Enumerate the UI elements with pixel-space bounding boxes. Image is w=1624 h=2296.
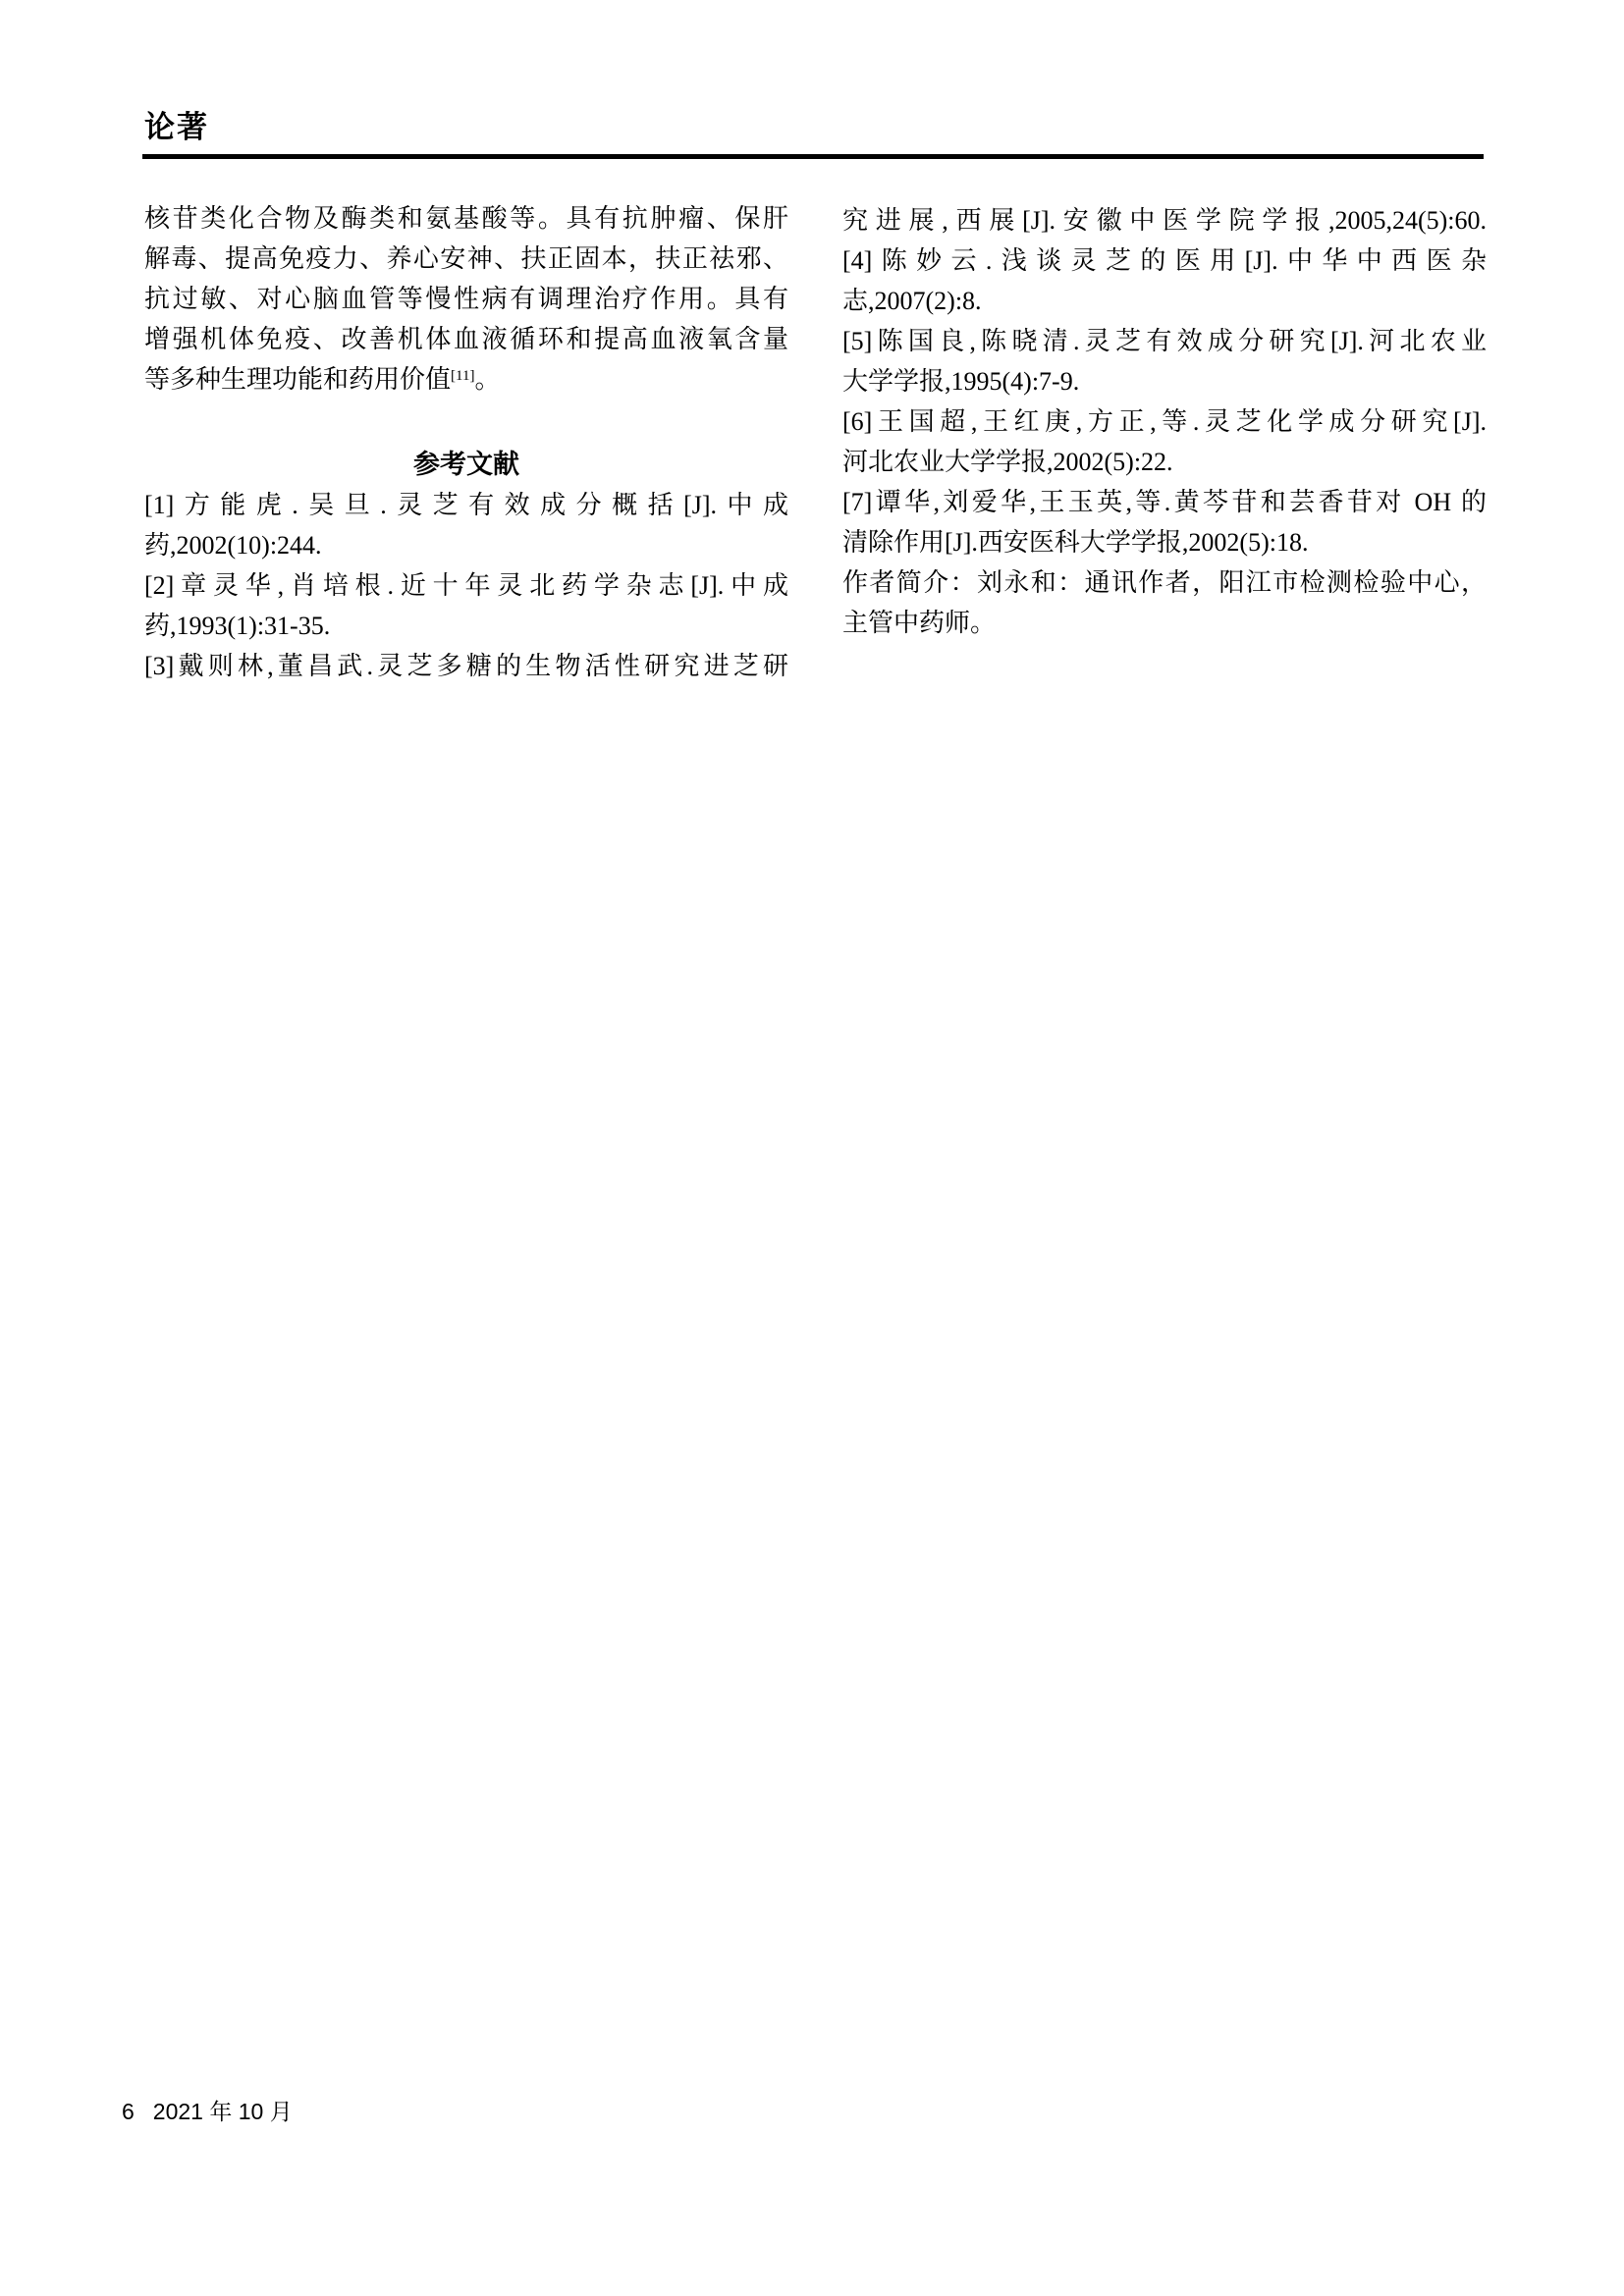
paragraph-line: 抗过敏、对心脑血管等慢性病有调理治疗作用。具有 xyxy=(144,279,788,319)
paragraph-line: 解毒、提高免疫力、养心安神、扶正固本，扶正祛邪、 xyxy=(144,239,788,279)
reference-line: [3]戴则林,董昌武.灵芝多糖的生物活性研究进芝研 xyxy=(144,646,788,686)
reference-line: 清除作用[J].西安医科大学学报,2002(5):18. xyxy=(842,522,1487,562)
reference-line: [4]陈妙云.浅谈灵芝的医用[J].中华中西医杂 xyxy=(842,240,1487,281)
reference-line: [7]谭华,刘爱华,王玉英,等.黄芩苷和芸香苷对 OH 的 xyxy=(842,482,1487,522)
reference-line: 大学学报,1995(4):7-9. xyxy=(842,361,1487,401)
author-bio-line: 主管中药师。 xyxy=(842,603,1487,643)
paragraph-text-tail: 。 xyxy=(474,365,500,394)
issue-date: 2021 年 10 月 xyxy=(153,2099,293,2124)
citation-superscript: [11] xyxy=(451,368,474,384)
reference-line: [5]陈国良,陈晓清.灵芝有效成分研究[J].河北农业 xyxy=(842,321,1487,361)
reference-line: 河北农业大学学报,2002(5):22. xyxy=(842,442,1487,482)
header-rule xyxy=(142,154,1484,159)
left-column: 核苷类化合物及酶类和氨基酸等。具有抗肿瘤、保肝 解毒、提高免疫力、养心安神、扶正… xyxy=(144,198,788,686)
page-number: 6 xyxy=(122,2099,135,2124)
reference-line: [6]王国超,王红庚,方正,等.灵芝化学成分研究[J]. xyxy=(842,401,1487,442)
paragraph-line: 核苷类化合物及酶类和氨基酸等。具有抗肿瘤、保肝 xyxy=(144,198,788,239)
page-footer: 62021 年 10 月 xyxy=(122,2098,293,2125)
paragraph-line: 等多种生理功能和药用价值[11]。 xyxy=(144,359,788,400)
author-bio-line: 作者简介：刘永和：通讯作者，阳江市检测检验中心， xyxy=(842,562,1487,603)
reference-line: 药,2002(10):244. xyxy=(144,525,788,565)
paragraph-text: 等多种生理功能和药用价值 xyxy=(144,365,451,394)
paragraph-line: 增强机体免疫、改善机体血液循环和提高血液氧含量 xyxy=(144,319,788,359)
reference-line: 药,1993(1):31-35. xyxy=(144,606,788,646)
section-label: 论著 xyxy=(144,110,209,145)
right-column: 究进展,西展[J].安徽中医学院学报,2005,24(5):60. [4]陈妙云… xyxy=(842,200,1487,643)
reference-line: 志,2007(2):8. xyxy=(842,281,1487,321)
journal-page: 论著 核苷类化合物及酶类和氨基酸等。具有抗肿瘤、保肝 解毒、提高免疫力、养心安神… xyxy=(0,0,1624,2296)
reference-line: [2]章灵华,肖培根.近十年灵北药学杂志[J].中成 xyxy=(144,565,788,606)
references-heading: 参考文献 xyxy=(144,445,788,485)
references-list-left: [1]方能虎.吴旦.灵芝有效成分概括[J].中成 药,2002(10):244.… xyxy=(144,485,788,686)
reference-line: [1]方能虎.吴旦.灵芝有效成分概括[J].中成 xyxy=(144,485,788,525)
reference-line: 究进展,西展[J].安徽中医学院学报,2005,24(5):60. xyxy=(842,200,1487,240)
intro-paragraph: 核苷类化合物及酶类和氨基酸等。具有抗肿瘤、保肝 解毒、提高免疫力、养心安神、扶正… xyxy=(144,198,788,400)
